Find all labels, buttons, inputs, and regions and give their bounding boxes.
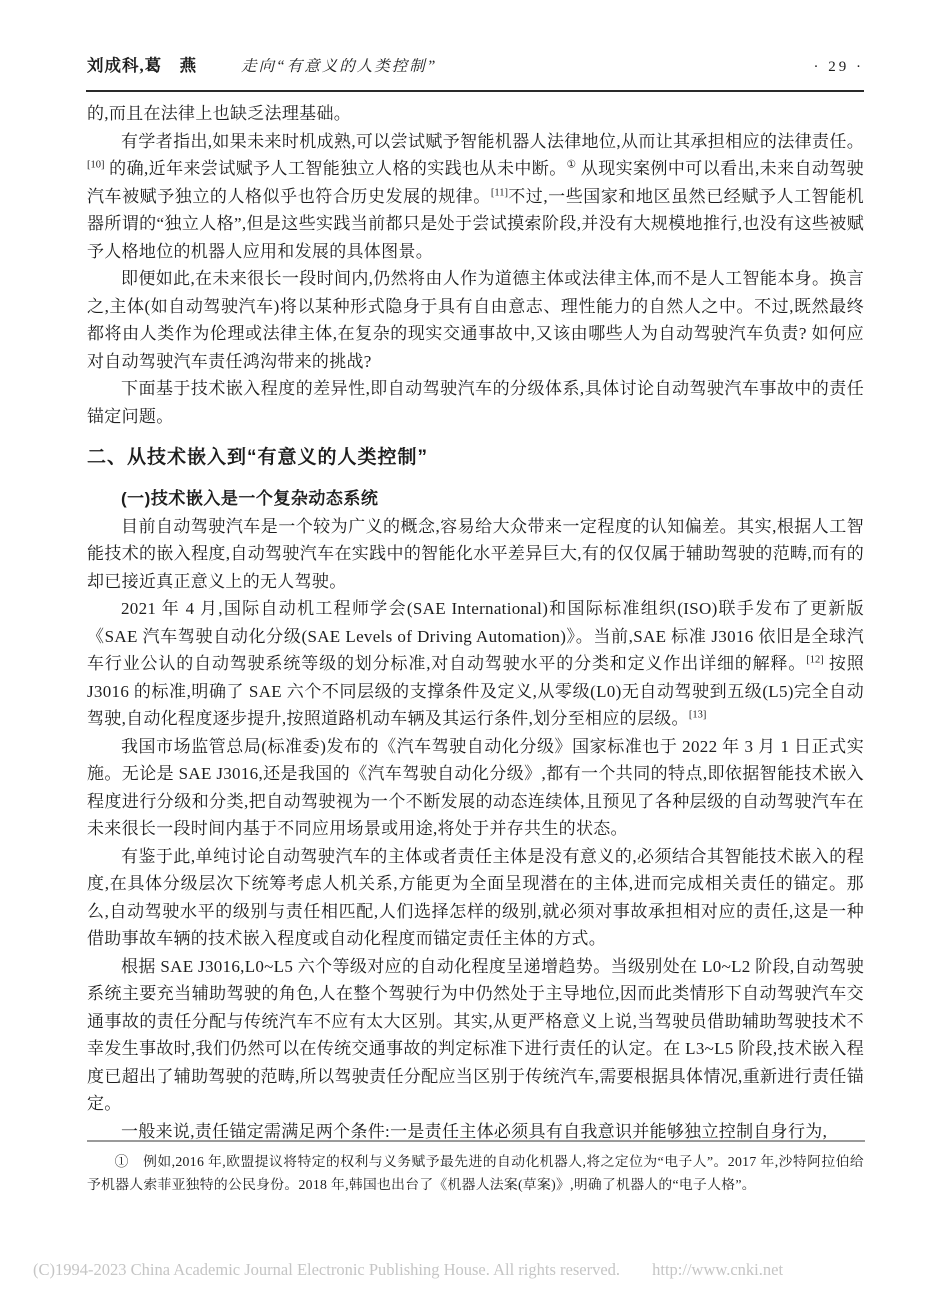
- paragraph: 2021 年 4 月,国际自动机工程师学会(SAE International)…: [87, 595, 864, 733]
- header-rule: [86, 90, 864, 92]
- footnote-rule: [87, 1140, 865, 1142]
- footnote-text: ① 例如,2016 年,欧盟提议将特定的权利与义务赋予最先进的自动化机器人,将之…: [87, 1151, 864, 1196]
- section-heading: 二、从技术嵌入到“有意义的人类控制”: [87, 444, 864, 472]
- footnote-ref: [11]: [491, 187, 508, 198]
- paragraph: 有鉴于此,单纯讨论自动驾驶汽车的主体或者责任主体是没有意义的,必须结合其智能技术…: [87, 843, 864, 953]
- page-footer: (C)1994-2023 China Academic Journal Elec…: [33, 1260, 917, 1280]
- running-header: 刘成科,葛 燕 走向“有意义的人类控制” · 29 ·: [87, 52, 864, 76]
- header-page-number: · 29 ·: [814, 59, 865, 76]
- paragraph: 有学者指出,如果未来时机成熟,可以尝试赋予智能机器人法律地位,从而让其承担相应的…: [87, 128, 864, 266]
- footnote-ref: [13]: [689, 709, 707, 720]
- paragraph: 下面基于技术嵌入程度的差异性,即自动驾驶汽车的分级体系,具体讨论自动驾驶汽车事故…: [87, 375, 864, 430]
- footnote-ref: ①: [567, 159, 577, 170]
- footnote-ref: [10]: [87, 159, 105, 170]
- paragraph: 即便如此,在未来很长一段时间内,仍然将由人作为道德主体或法律主体,而不是人工智能…: [87, 265, 864, 375]
- paragraph: 根据 SAE J3016,L0~L5 六个等级对应的自动化程度呈递增趋势。当级别…: [87, 953, 864, 1118]
- header-running-title: 走向“有意义的人类控制”: [241, 54, 437, 76]
- paragraph: 我国市场监管总局(标准委)发布的《汽车驾驶自动化分级》国家标准也于 2022 年…: [87, 733, 864, 843]
- document-page: 刘成科,葛 燕 走向“有意义的人类控制” · 29 · 的,而且在法律上也缺乏法…: [0, 0, 950, 1303]
- sub-heading: (一)技术嵌入是一个复杂动态系统: [87, 485, 864, 513]
- paragraph: 的,而且在法律上也缺乏法理基础。: [87, 100, 864, 128]
- header-authors: 刘成科,葛 燕: [87, 52, 197, 76]
- article-body: 的,而且在法律上也缺乏法理基础。有学者指出,如果未来时机成熟,可以尝试赋予智能机…: [87, 100, 864, 1145]
- footer-url: http://www.cnki.net: [652, 1260, 783, 1279]
- copyright-text: (C)1994-2023 China Academic Journal Elec…: [33, 1260, 620, 1279]
- paragraph: 目前自动驾驶汽车是一个较为广义的概念,容易给大众带来一定程度的认知偏差。其实,根…: [87, 513, 864, 596]
- footnote-ref: [12]: [806, 654, 824, 665]
